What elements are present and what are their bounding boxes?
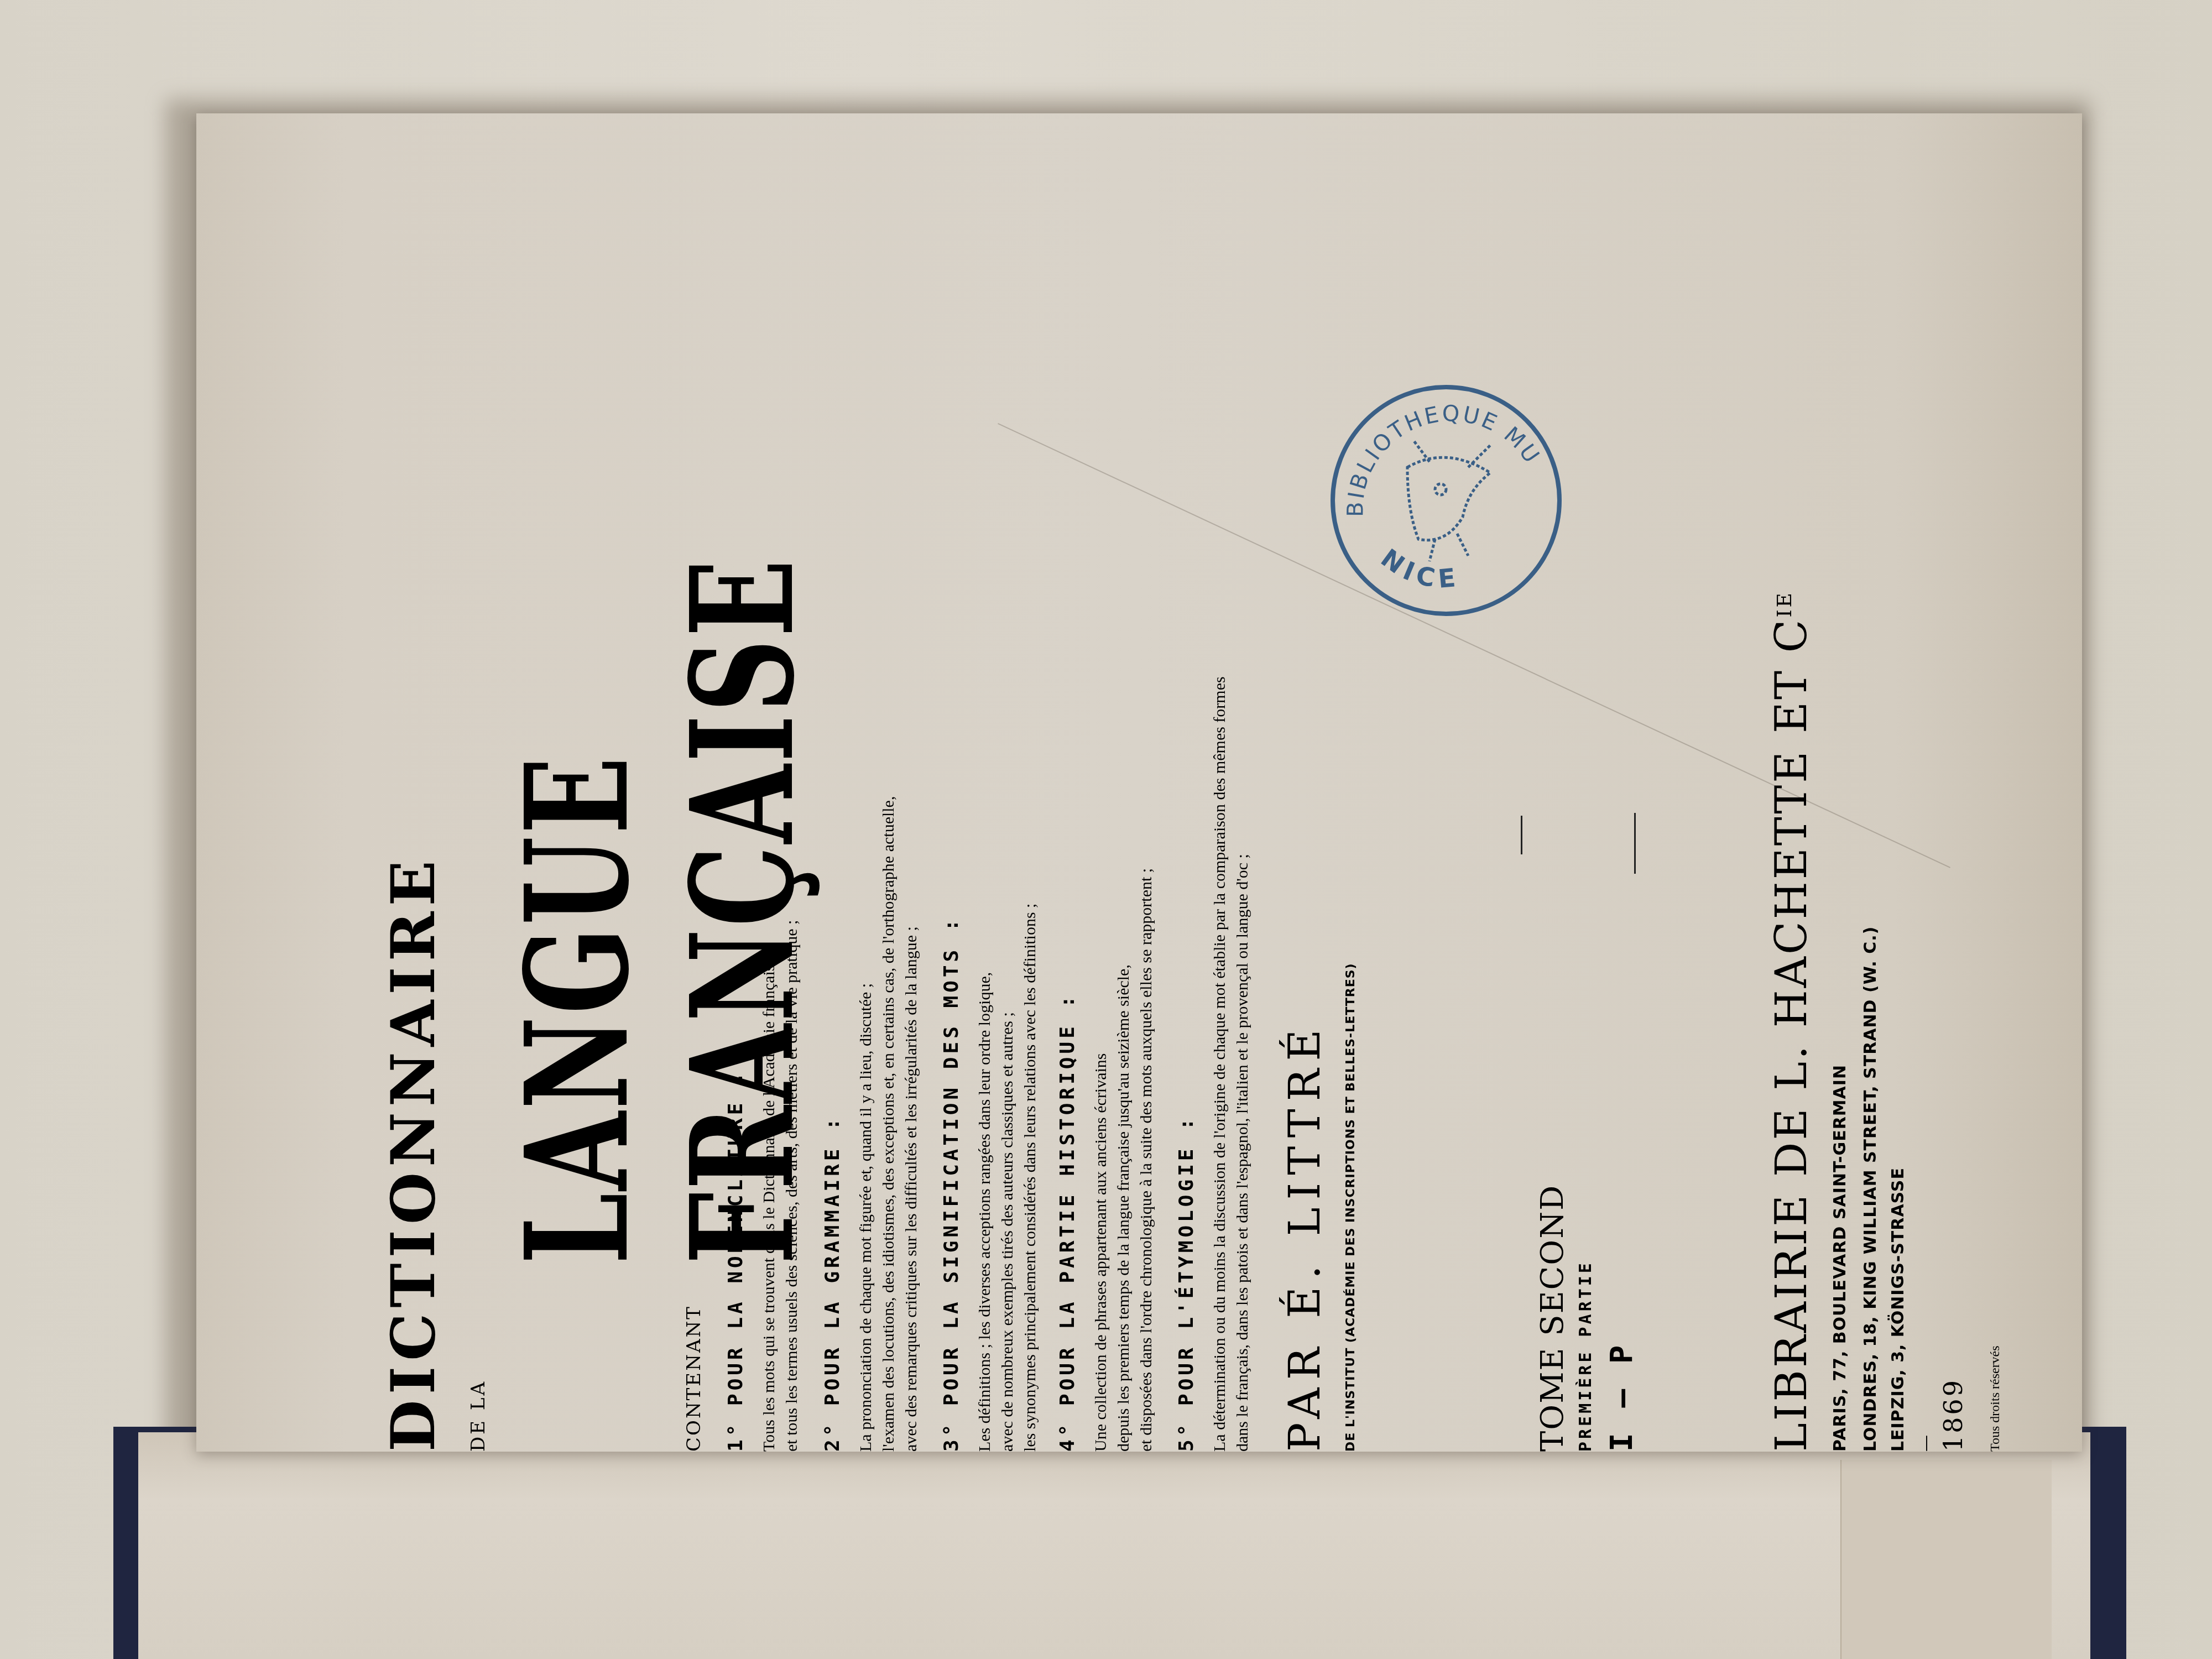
dash-separator: — — [1916, 113, 1936, 1452]
text-line: depuis les premiers temps de la langue f… — [1112, 113, 1135, 1452]
text-line: Tous les mots qui se trouvent dans le Di… — [758, 113, 780, 1452]
text-line: les synonymes principalement considérés … — [1019, 113, 1041, 1452]
text-line: Une collection de phrases appartenant au… — [1089, 113, 1112, 1452]
title-connector: DE LA — [467, 113, 489, 1452]
publisher-name: LIBRAIRIE DE L. HACHETTE ET CIE — [1767, 113, 1817, 1452]
text-line: et tous les termes usuels des sciences, … — [780, 113, 803, 1452]
text-line: l'examen des locutions, des idiotismes, … — [877, 113, 900, 1452]
stamp-top-text: BIBLIOTHEQUE MUNICIPALE — [1324, 379, 1545, 517]
title-page: DICTIONNAIRE DE LA LANGUE FRANÇAISE CONT… — [196, 113, 2082, 1452]
section-body-etymologie: La détermination ou du moins la discussi… — [1208, 113, 1254, 1452]
text-line: et disposées dans l'ordre chronologique … — [1135, 113, 1157, 1452]
text-line: La détermination ou du moins la discussi… — [1208, 113, 1231, 1452]
divider-rule — [1521, 816, 1522, 854]
text-line: La prononciation de chaque mot figurée e… — [854, 113, 877, 1452]
section-heading-grammaire: 2° POUR LA GRAMMAIRE : — [821, 113, 844, 1452]
title-dictionnaire: DICTIONNAIRE — [379, 113, 448, 1452]
text-line: avec de nombreux exemples tirés des aute… — [996, 113, 1019, 1452]
section-body-grammaire: La prononciation de chaque mot figurée e… — [854, 113, 922, 1452]
library-stamp-icon: BIBLIOTHEQUE MUNICIPALE NICE — [1324, 379, 1568, 622]
contenant-label: CONTENANT — [683, 113, 705, 1452]
publisher-text: LIBRAIRIE DE L. HACHETTE ET C — [1767, 618, 1817, 1452]
rotated-title-content: DICTIONNAIRE DE LA LANGUE FRANÇAISE CONT… — [196, 113, 2082, 1452]
section-heading-etymologie: 5° POUR L'ÉTYMOLOGIE : — [1175, 113, 1198, 1452]
section-heading-nomenclature: 1° POUR LA NOMENCLATURE : — [724, 113, 747, 1452]
letter-range: I — P — [1604, 113, 1640, 1452]
divider-rule — [1634, 813, 1636, 874]
volume-label: TOME SECOND — [1535, 113, 1571, 1452]
author-line: PAR É. LITTRÉ — [1280, 113, 1330, 1452]
address-paris: PARIS, 77, BOULEVARD SAINT-GERMAIN — [1830, 113, 1850, 1452]
section-heading-signification: 3° POUR LA SIGNIFICATION DES MOTS : — [940, 113, 963, 1452]
publisher-superscript: IE — [1773, 591, 1796, 618]
paper-tab — [1840, 1460, 2052, 1659]
rights-notice: Tous droits réservés — [1988, 113, 2003, 1452]
address-londres: LONDRES, 18, KING WILLIAM STREET, STRAND… — [1861, 113, 1880, 1452]
svg-text:NICE: NICE — [1375, 543, 1462, 594]
stamp-bottom-text: NICE — [1375, 543, 1462, 594]
section-body-nomenclature: Tous les mots qui se trouvent dans le Di… — [758, 113, 803, 1452]
part-label: PREMIÈRE PARTIE — [1576, 113, 1595, 1452]
text-line: avec des remarques critiques sur les dif… — [900, 113, 922, 1452]
eagle-icon — [1407, 440, 1490, 561]
section-heading-historique: 4° POUR LA PARTIE HISTORIQUE : — [1056, 113, 1079, 1452]
address-leipzig: LEIPZIG, 3, KÖNIGS-STRASSE — [1888, 113, 1908, 1452]
svg-text:BIBLIOTHEQUE MUNICIPALE: BIBLIOTHEQUE MUNICIPALE — [1324, 379, 1545, 517]
author-affiliation: DE L'INSTITUT (ACADÉMIE DES INSCRIPTIONS… — [1344, 113, 1358, 1452]
text-line: Les définitions ; les diverses acception… — [973, 113, 996, 1452]
section-body-signification: Les définitions ; les diverses acception… — [973, 113, 1041, 1452]
facing-blank-leaf — [138, 1432, 2090, 1659]
text-line: dans le français, dans les patois et dan… — [1231, 113, 1254, 1452]
publication-year: 1869 — [1938, 113, 1968, 1452]
section-body-historique: Une collection de phrases appartenant au… — [1089, 113, 1157, 1452]
